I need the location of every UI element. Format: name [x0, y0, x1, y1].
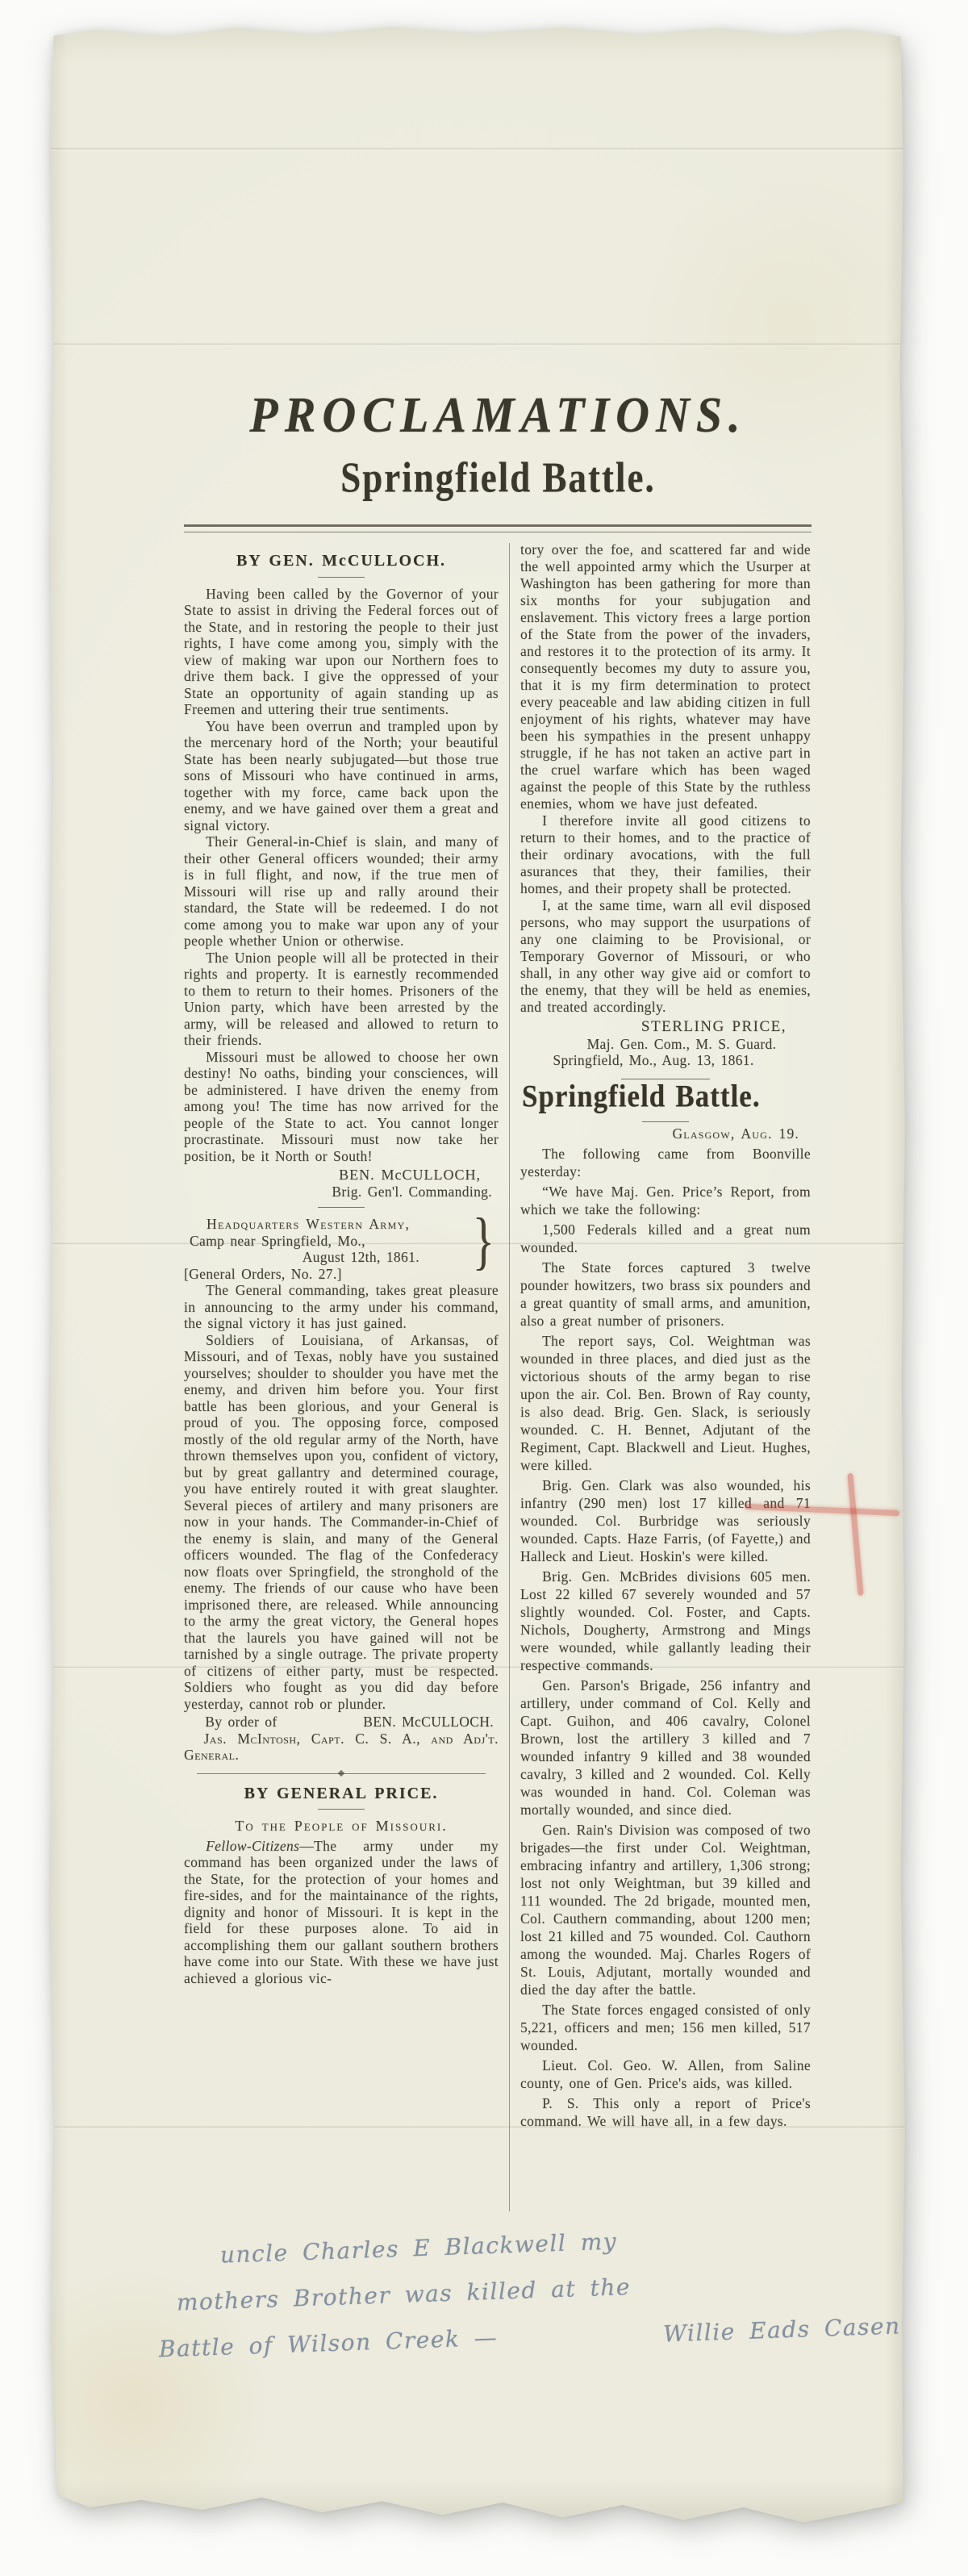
diamond-ornament: [338, 1769, 344, 1776]
paragraph: Gen. Parson's Brigade, 256 infantry and …: [520, 1676, 811, 1818]
price-signature-title: Maj. Gen. Com., M. S. Guard.: [520, 1036, 811, 1053]
paragraph: The State forces engaged consisted of on…: [520, 2001, 811, 2054]
price-salutation: To the People of Missouri.: [184, 1818, 499, 1835]
fellow-citizens-lead: Fellow-Citizens: [206, 1838, 299, 1854]
mcculloch-heading: BY GEN. McCULLOCH.: [184, 553, 499, 570]
paragraph: The General commanding, takes great plea…: [184, 1282, 499, 1332]
paragraph: P. S. This only a report of Price's comm…: [520, 2094, 811, 2130]
price-heading: BY GENERAL PRICE.: [184, 1785, 499, 1802]
paragraph: Brig. Gen. McBrides divisions 605 men. L…: [520, 1568, 811, 1674]
paragraph: Having been called by the Governor of yo…: [184, 586, 499, 718]
paragraph: Soldiers of Louisiana, of Arkansas, of M…: [184, 1332, 499, 1713]
pencil-annotation: uncle Charles E Blackwell my mothers Bro…: [97, 2208, 907, 2377]
fold-crease: [47, 148, 907, 151]
by-order-name: BEN. McCULLOCH.: [363, 1714, 494, 1731]
paragraph: Fellow-Citizens—The army under my comman…: [184, 1838, 499, 1987]
column-divider-rule: [509, 543, 510, 2211]
fold-crease: [47, 343, 907, 346]
dash-rule: [642, 1121, 689, 1122]
headquarters-line: August 12th, 1861.: [184, 1249, 467, 1266]
dash-rule: [318, 577, 365, 578]
masthead: PROCLAMATIONS. Springfield Battle.: [186, 386, 811, 495]
headquarters-line: Camp near Springfield, Mo.,: [184, 1233, 467, 1250]
paragraph: Gen. Rain's Division was composed of two…: [520, 1821, 811, 1998]
masthead-title: PROCLAMATIONS.: [186, 386, 811, 444]
price-signature-place: Springfield, Mo., Aug. 13, 1861.: [520, 1052, 811, 1069]
paragraph: The State forces captured 3 twelve pound…: [520, 1259, 811, 1330]
red-pencil-cross-vertical: [847, 1473, 863, 1596]
paragraph: “We have Maj. Gen. Price’s Report, from …: [520, 1183, 811, 1218]
section-rule: [197, 1773, 486, 1774]
paragraph: The following came from Boonville yester…: [520, 1145, 811, 1180]
photo-backdrop: PROCLAMATIONS. Springfield Battle. BY GE…: [0, 0, 968, 2576]
paragraph: I therefore invite all good citizens to …: [520, 812, 811, 897]
broadside-document: PROCLAMATIONS. Springfield Battle. BY GE…: [47, 24, 907, 2530]
paragraph: I, at the same time, warn all evil dispo…: [520, 897, 811, 1016]
general-orders-number: [General Orders, No. 27.]: [184, 1266, 499, 1283]
paragraph: Their General-in-Chief is slain, and man…: [184, 833, 499, 950]
paragraph: 1,500 Federals killed and a great num wo…: [520, 1221, 811, 1256]
price-opening-text: —The army under my command has been orga…: [184, 1838, 499, 1986]
mcculloch-signature-title: Brig. Gen'l. Commanding.: [184, 1184, 499, 1200]
adjutant-line: Jas. McIntosh, Capt. C. S. A., and Adj't…: [184, 1731, 499, 1764]
headquarters-block: Headquarters Western Army, Camp near Spr…: [184, 1216, 499, 1266]
price-signature-name: STERLING PRICE,: [520, 1019, 811, 1036]
by-order-line: By order of BEN. McCULLOCH.: [184, 1714, 499, 1731]
text-columns: BY GEN. McCULLOCH. Having been called by…: [184, 541, 812, 2211]
mcculloch-signature-name: BEN. McCULLOCH,: [184, 1167, 499, 1184]
left-column: BY GEN. McCULLOCH. Having been called by…: [184, 541, 499, 2211]
dateline: Glasgow, Aug. 19.: [520, 1125, 811, 1142]
battle-report-section: Springfield Battle. Glasgow, Aug. 19. Th…: [520, 1088, 811, 2130]
paragraph: Missouri must be allowed to choose her o…: [184, 1049, 499, 1165]
dash-rule: [318, 1809, 365, 1810]
paragraph: tory over the foe, and scattered far and…: [520, 541, 811, 812]
dash-rule: [318, 1207, 365, 1208]
masthead-subtitle: Springfield Battle.: [186, 453, 811, 502]
by-order-prefix: By order of: [205, 1714, 277, 1731]
paragraph: The report says, Col. Weightman was woun…: [520, 1332, 811, 1474]
double-rule: [184, 524, 812, 532]
battle-report-heading: Springfield Battle.: [522, 1088, 811, 1106]
paragraph: Lieut. Col. Geo. W. Allen, from Saline c…: [520, 2056, 811, 2092]
headquarters-line: Headquarters Western Army,: [184, 1216, 467, 1233]
paragraph: Brig. Gen. Clark was also wounded, his i…: [520, 1476, 811, 1565]
paragraph: The Union people will all be protected i…: [184, 950, 499, 1049]
brace-glyph: }: [473, 1215, 495, 1266]
right-column: tory over the foe, and scattered far and…: [520, 541, 811, 2211]
headquarters-lines: Headquarters Western Army, Camp near Spr…: [184, 1216, 467, 1266]
paragraph: You have been overrun and trampled upon …: [184, 718, 499, 834]
